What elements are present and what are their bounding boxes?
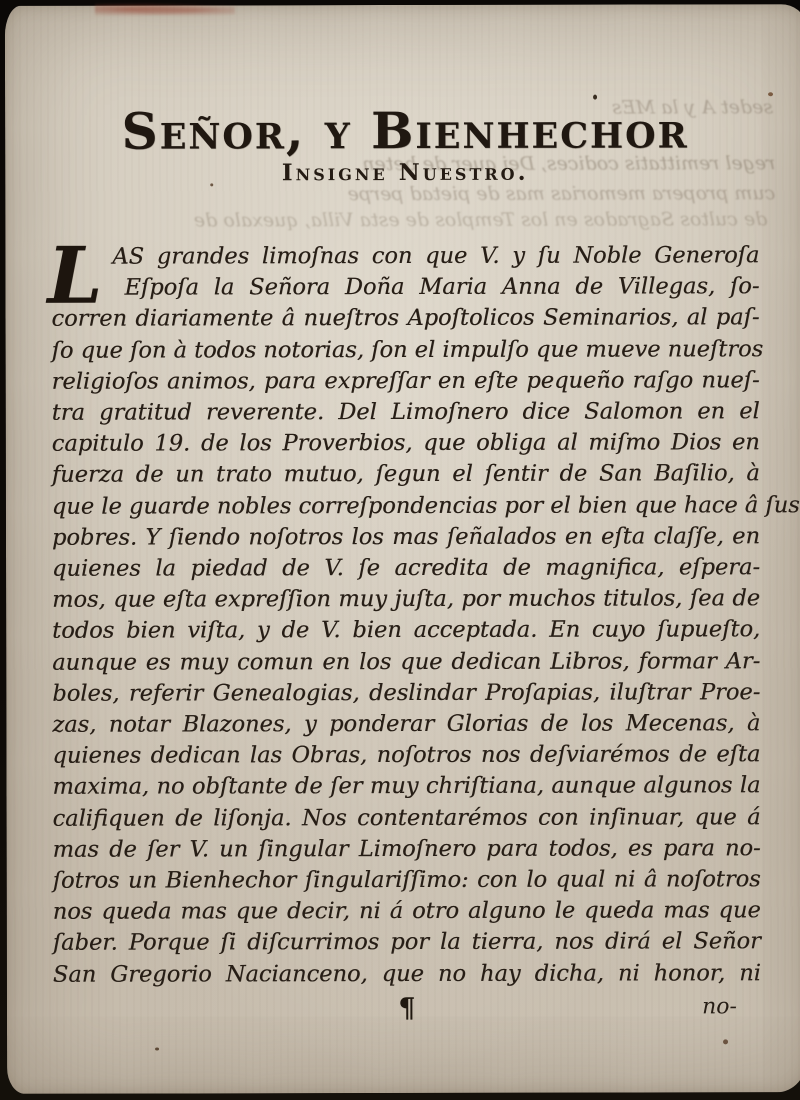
body-line: tra gratitud reverente. Del Limoſnero di… (52, 396, 760, 429)
body-line: San Gregorio Nacianceno, que no hay dich… (53, 958, 761, 991)
body-line: todos bien viſta, y de V. bien acceptada… (52, 615, 760, 648)
page: sedet A y la MEs regel remittatis codice… (5, 4, 800, 1094)
body-line: nos queda mas que decir, ni á otro algun… (53, 896, 761, 929)
body-line: aunque es muy comun en los que dedican L… (52, 646, 760, 679)
book-photo: sedet A y la MEs regel remittatis codice… (0, 0, 800, 1100)
body-line: ſotros un Bienhechor ſingulariſſimo: con… (53, 864, 761, 897)
body-line: capitulo 19. de los Proverbios, que obli… (52, 427, 760, 460)
body-line: quienes la piedad de V. ſe acredita de m… (52, 552, 760, 585)
ink-speck (723, 1039, 728, 1044)
body-line: Eſpoſa la Señora Doña Maria Anna de Vill… (51, 271, 759, 304)
body-line: corren diariamente â nueſtros Apoſtolico… (51, 303, 759, 336)
body-line: ſaber. Porque ſi diſcurrimos por la tier… (53, 927, 761, 960)
body-line: fuerza de un trato mutuo, ſegun el ſenti… (52, 459, 760, 492)
page-subtitle: Insigne Nuestro. (5, 158, 800, 187)
page-title: Señor, y Bienhechor (5, 100, 800, 161)
body-line: quienes dedican las Obras, noſotros nos … (52, 740, 760, 773)
ink-speck (155, 1048, 159, 1051)
body-line: boles, referir Genealogias, deslindar Pr… (52, 677, 760, 710)
body-line: pobres. Y ſiendo noſotros los mas ſeñala… (52, 521, 760, 554)
body-line: AS grandes limoſnas con que V. y ſu Nobl… (51, 240, 759, 273)
body-line: mos, que eſta expreſſion muy juſta, por … (52, 583, 760, 616)
body-line: mas de ſer V. un ſingular Limoſnero para… (53, 833, 761, 866)
bleedthrough-line: de cultos Sagrados en los Templos de est… (67, 208, 767, 231)
catchword: no- (702, 994, 737, 1019)
body-line: maxima, no obſtante de ſer muy chriſtian… (52, 771, 760, 804)
red-stain (95, 3, 235, 17)
body-line: zas, notar Blazones, y ponderar Glorias … (52, 708, 760, 741)
body-line: religioſos animos, para expreſſar en eſt… (52, 365, 760, 398)
signature-mark: ¶ (398, 993, 415, 1024)
body-line: que le guarde nobles correſpondencias po… (52, 490, 760, 523)
body-line: ſo que ſon à todos notorias, ſon el impu… (52, 334, 760, 367)
page-footer: ¶ no- (53, 992, 761, 1029)
drop-cap: L (47, 245, 103, 301)
body-line: califiquen de liſonja. Nos contentarémos… (53, 802, 761, 835)
body-text: L AS grandes limoſnas con que V. y ſu No… (51, 240, 761, 990)
